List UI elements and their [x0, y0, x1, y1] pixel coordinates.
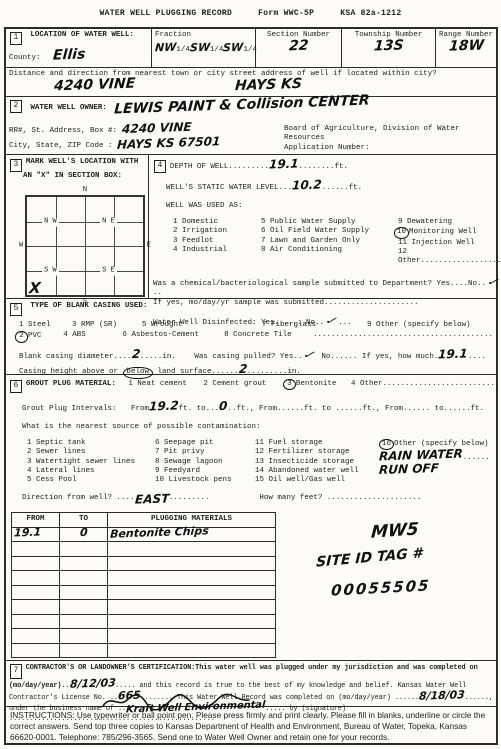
contamination-col2: 6 Seepage pit 7 Pit privy 8 Sewage lagoo… [155, 439, 255, 486]
table-row [12, 585, 276, 600]
range-number-value: 18W [448, 40, 484, 54]
section2-address-row: RR#, St. Address, Box #: 4240 VINE City,… [6, 121, 496, 155]
interval-seg3: ..ft., From......ft. to ......ft., From.… [228, 405, 485, 413]
form-header: WATER WELL PLUGGING RECORD Form WWC-5P K… [0, 0, 501, 19]
grid-west-label: W [17, 242, 25, 251]
grout-material-2: 2 Cement grout [203, 380, 266, 388]
use-item: 7 Lawn and Garden Only [261, 237, 394, 246]
certification-date-completed: 8/18/03 [419, 690, 465, 702]
use-list-col1: 1 Domestic 2 Irrigation 3 Feedlot 4 Indu… [173, 218, 261, 267]
table-row [12, 571, 276, 586]
table-row [12, 629, 276, 644]
contamination-other-value-1: RAIN WATER [379, 449, 464, 463]
casing-item: 7 Fiberglass [262, 321, 367, 330]
section3-title-line2: AN "X" IN SECTION BOX: [23, 172, 145, 181]
depth-of-well-tail: ........ft. [298, 163, 348, 171]
well-used-as-label: WELL WAS USED AS: [166, 202, 501, 211]
table-header-row: FROM TO PLUGGING MATERIALS [12, 513, 276, 528]
section1-number: 1 [10, 32, 22, 45]
board-line: Board of Agriculture, Division of Water … [284, 125, 493, 144]
casing-item: 3 RMP (SR) [72, 321, 142, 330]
grout-intervals-label: Grout Plug Intervals: [22, 405, 117, 413]
sample-question-tail: .. [153, 289, 162, 297]
section3-4-row: 3MARK WELL'S LOCATION WITH AN "X" IN SEC… [6, 155, 496, 299]
grout-material-4: 4 Other........................... [351, 380, 501, 388]
table-row [12, 556, 276, 571]
section5-casing: 5 TYPE OF BLANK CASING USED: 1 Steel 3 R… [6, 299, 496, 375]
grid-north-label: N [81, 186, 89, 195]
contamination-item: 8 Sewage lagoon [155, 458, 255, 467]
township-number-cell: Township Number 13S [342, 29, 436, 67]
casing-height-value: 2 [238, 364, 247, 375]
distance-city-value: HAYS KS [234, 78, 302, 93]
table-row [12, 643, 276, 658]
section3-title-line1: MARK WELL'S LOCATION WITH [26, 158, 139, 166]
form-title: WATER WELL PLUGGING RECORD [100, 9, 233, 19]
casing-item-2-label: PVC [28, 332, 42, 340]
note-well-id: MW5 [371, 523, 419, 542]
grid-nw-label: N W [42, 218, 59, 227]
use-item: 9 Dewatering [398, 218, 501, 227]
row1-to-value: 0 [79, 528, 87, 538]
application-number-label: Application Number: [284, 144, 493, 153]
owner-address-block: RR#, St. Address, Box #: 4240 VINE City,… [6, 121, 281, 154]
address-value: 4240 VINE [121, 122, 191, 135]
contamination-item: 3 Watertight sewer lines [27, 458, 155, 467]
casing-pulled-mid: No...... If yes, how much. [317, 353, 439, 361]
board-of-agriculture-block: Board of Agriculture, Division of Water … [281, 121, 496, 154]
city-state-zip-value: HAYS KS 67501 [117, 137, 221, 151]
use-list-col3: 9 Dewatering 10Monitoring Well 11 Inject… [394, 218, 501, 267]
distance-row: Distance and direction from nearest town… [6, 68, 496, 97]
section7-certification: 7CONTRACTOR'S OR LANDOWNER'S CERTIFICATI… [6, 661, 496, 707]
use-item: 11 Injection Well [398, 239, 501, 248]
owner-value: LEWIS PAINT & Collision CENTER [114, 95, 370, 117]
contamination-item: 2 Sewer lines [27, 448, 155, 457]
row1-from-value: 19.1 [14, 528, 42, 539]
how-many-feet-label: How many feet? ..................... [259, 494, 421, 505]
grout-material-1: 1 Neat cement [128, 380, 187, 388]
contamination-col3: 11 Fuel storage 12 Fertilizer storage 13… [255, 439, 379, 486]
casing-item: 9 Other (specify below) [367, 321, 493, 330]
certification-date-plugged: 8/12/03 [69, 678, 115, 690]
section5-number: 5 [10, 303, 22, 316]
section3-number: 3 [10, 159, 22, 172]
interval-to-value: 0 [219, 401, 228, 412]
casing-diameter-label: Blank casing diameter.... [19, 353, 132, 361]
casing-item: 8 Concrete Tile [224, 331, 313, 342]
grout-material-3-circled: 3 [283, 379, 296, 390]
casing-item-2-circled: 2 [15, 331, 28, 342]
contamination-item: 11 Fuel storage [255, 439, 379, 448]
use-item: 1 Domestic [173, 218, 261, 227]
contamination-item: 9 Feedyard [155, 467, 255, 476]
use-list-col2: 5 Public Water Supply 6 Oil Field Water … [261, 218, 394, 267]
section6-grout: 6GROUT PLUG MATERIAL: 1 Neat cement 2 Ce… [6, 375, 496, 661]
fraction-value-1: NW [155, 43, 177, 54]
casing-other-dots: ........................................ [313, 331, 493, 342]
casing-pulled-label: Was casing pulled? Yes.. [194, 353, 302, 361]
section4-number: 4 [154, 160, 166, 173]
ksa-number: KSA 82a-1212 [340, 9, 401, 19]
use-item: 12 Other................... [398, 248, 501, 267]
fraction-cell: Fraction NW1/4SW1/4SW1/4 [152, 29, 256, 67]
use-item-10-label: Monitoring Well [409, 228, 477, 236]
direction-from-well-value: EAST [134, 493, 169, 505]
plugging-materials-table: FROM TO PLUGGING MATERIALS 19.1 0 Benton… [11, 512, 276, 658]
casing-item: 4 ABS [63, 331, 122, 342]
fraction-value-3: SW [223, 43, 244, 54]
interval-from-value: 19.2 [149, 400, 179, 412]
contamination-item: 10 Livestock pens [155, 476, 255, 485]
address-label: RR#, St. Address, Box #: [9, 127, 117, 135]
contamination-item: 14 Abandoned water well [255, 467, 379, 476]
owner-label: WATER WELL OWNER: [30, 104, 107, 112]
contamination-col1: 1 Septic tank 2 Sewer lines 3 Watertight… [27, 439, 155, 486]
contamination-item: 13 Insecticide storage [255, 458, 379, 467]
section7-number: 7 [10, 664, 22, 679]
depth-of-well-label: DEPTH OF WELL......... [170, 163, 269, 171]
water-well-plugging-record-form: WATER WELL PLUGGING RECORD Form WWC-5P K… [0, 0, 501, 749]
use-item: 2 Irrigation [173, 227, 261, 236]
section2-owner-row: 2 WATER WELL OWNER: LEWIS PAINT & Collis… [6, 97, 496, 121]
interval-seg2: ft. to... [179, 405, 220, 413]
township-number-value: 13S [373, 40, 403, 54]
contamination-item: 4 Lateral lines [27, 467, 155, 476]
distance-street-value: 4240 VINE [54, 78, 136, 93]
table-row: 19.1 0 Bentonite Chips [12, 527, 276, 542]
use-item: 6 Oil Field Water Supply [261, 227, 394, 236]
fraction-value-2: SW [190, 43, 211, 54]
range-number-cell: Range Number 18W [436, 29, 496, 67]
use-item: 3 Feedlot [173, 237, 261, 246]
section-number-cell: Section Number 22 [256, 29, 342, 67]
use-item: 8 Air Conditioning [261, 246, 394, 255]
depth-of-well-value: 19.1 [268, 158, 298, 170]
use-item: 4 Industrial [173, 246, 261, 255]
section1-title: LOCATION OF WATER WELL: [30, 31, 134, 39]
note-site-id-tag-value: 00055505 [330, 580, 431, 599]
use-item: 5 Public Water Supply [261, 218, 394, 227]
section6-number: 6 [10, 380, 22, 393]
static-water-level-value: 10.2 [292, 179, 322, 191]
city-state-zip-label: City, State, ZIP Code : [9, 142, 113, 150]
contamination-col4: 16Other (specify below) RAIN WATER......… [379, 439, 493, 486]
grout-material-label: GROUT PLUG MATERIAL: [26, 380, 116, 388]
casing-pulled-amount: 19.1 [438, 348, 468, 360]
section2-number: 2 [10, 100, 22, 113]
table-row [12, 542, 276, 557]
interval-from-label: From [131, 405, 149, 413]
contamination-other-dots: ...... [463, 454, 490, 462]
casing-item: 1 Steel [19, 321, 72, 330]
grid-se-label: S E [100, 267, 117, 276]
contamination-item: 1 Septic tank [27, 439, 155, 448]
section3-location-map: 3MARK WELL'S LOCATION WITH AN "X" IN SEC… [6, 155, 149, 298]
section5-title: TYPE OF BLANK CASING USED: [30, 302, 147, 310]
use-item-10-circled: 10 [394, 227, 409, 238]
row1-materials-value: Bentonite Chips [110, 527, 209, 540]
contamination-item: 15 Oil well/Gas well [255, 476, 379, 485]
check-icon: ✓ [484, 277, 501, 290]
static-water-level-tail: ......ft. [322, 184, 363, 192]
contamination-other-value-2: RUN OFF [379, 462, 440, 475]
grout-material-3-label: Bentonite [296, 380, 337, 388]
county-label: County: [9, 54, 41, 62]
casing-item: 6 Asbestos-Cement [123, 331, 225, 342]
quarter-3: 1/4 [244, 46, 258, 54]
direction-from-well-tail: ......... [169, 494, 210, 505]
handwritten-notes: MW5 SITE ID TAG # 00055505 [276, 510, 493, 658]
section-number-value: 22 [288, 40, 308, 53]
signature-scrawl [101, 692, 251, 712]
static-water-level-label: WELL'S STATIC WATER LEVEL... [166, 184, 292, 192]
direction-from-well-label: Direction from well? .... [22, 494, 135, 505]
grid-ne-label: N E [100, 218, 117, 227]
table-row [12, 614, 276, 629]
section1-location: 1 LOCATION OF WATER WELL: County: Ellis … [6, 29, 496, 68]
sample-question: Was a chemical/bacteriological sample su… [153, 280, 486, 288]
casing-pulled-tail: .... [468, 353, 486, 361]
contamination-item: 7 Pit privy [155, 448, 255, 457]
note-site-id-tag-label: SITE ID TAG # [316, 548, 423, 570]
contamination-item: 12 Fertilizer storage [255, 448, 379, 457]
quarter-2: 1/4 [210, 46, 224, 54]
casing-diameter-tail: .....in. [140, 353, 176, 361]
casing-diameter-value: 2 [131, 349, 140, 360]
contamination-item: 5 Cess Pool [27, 476, 155, 485]
grid-east-label: E [145, 242, 153, 251]
section-box-grid: N S W E N W N E S W S E X [25, 195, 145, 297]
form-number: Form WWC-5P [258, 9, 314, 19]
casing-item: 5 Wrought [142, 321, 262, 330]
quarter-1: 1/4 [176, 46, 190, 54]
contamination-item: 6 Seepage pit [155, 439, 255, 448]
county-value: Ellis [53, 48, 86, 62]
form-body: 1 LOCATION OF WATER WELL: County: Ellis … [4, 27, 498, 745]
fraction-label: Fraction [155, 31, 191, 39]
contamination-question: What is the nearest source of possible c… [22, 423, 493, 432]
section4-well-info: 4DEPTH OF WELL.........19.1........ft. W… [149, 155, 501, 298]
table-row [12, 600, 276, 615]
county-cell: 1 LOCATION OF WATER WELL: County: Ellis [6, 29, 152, 67]
grid-sw-label: S W [42, 267, 59, 276]
well-location-x-mark: X [29, 282, 42, 296]
